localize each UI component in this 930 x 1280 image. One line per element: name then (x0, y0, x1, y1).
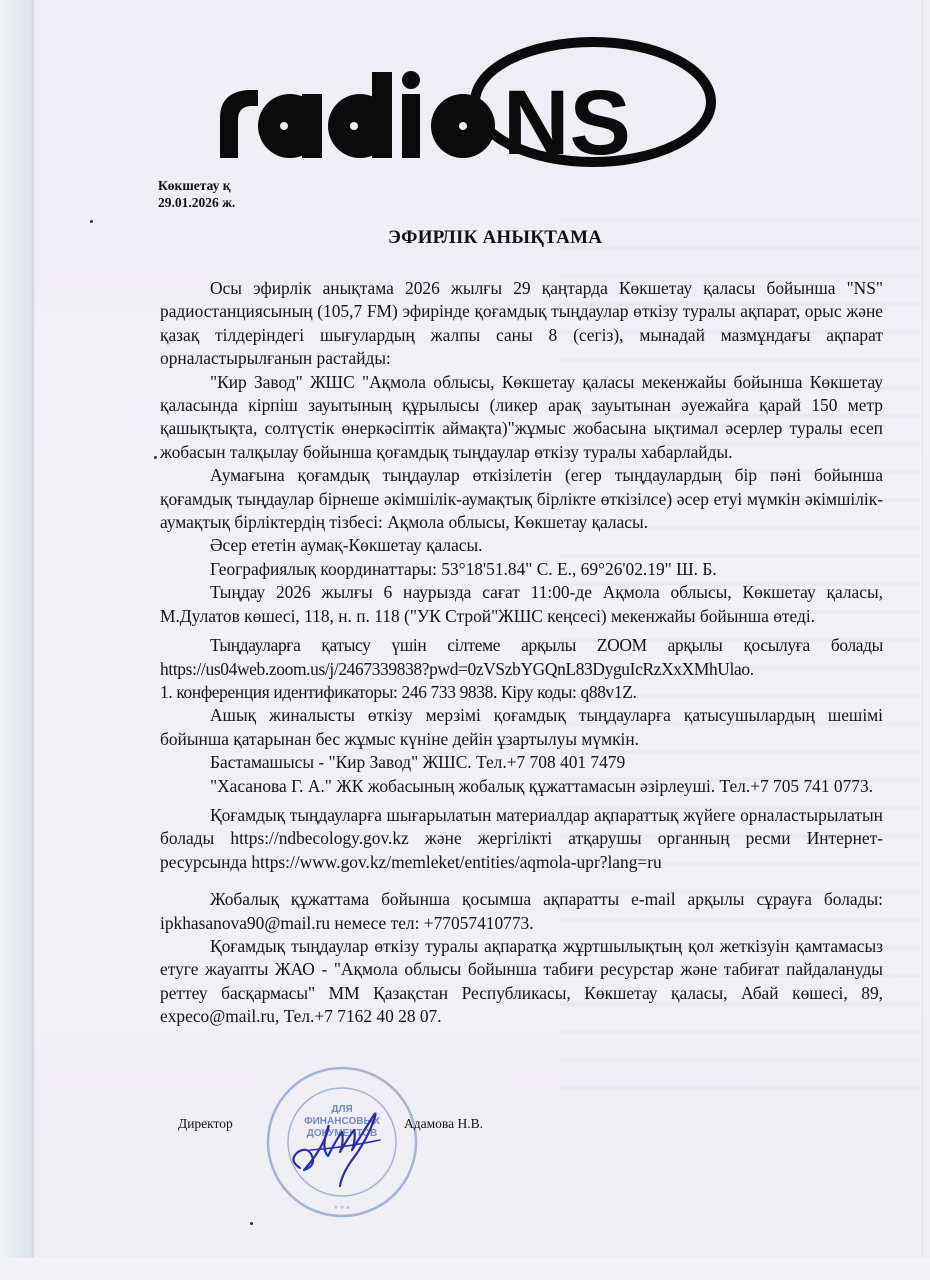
scan-speck (250, 1222, 253, 1225)
document-body: Осы эфирлік анықтама 2026 жылғы 29 қаңта… (160, 277, 883, 1029)
paragraph-developer: "Хасанова Г. А." ЖК жобасының жобалық құ… (160, 775, 883, 798)
radio-ns-logo: NS (218, 30, 718, 170)
paragraph-announcement: "Кир Завод" ЖШС "Ақмола облысы, Көкшетау… (160, 371, 883, 465)
svg-text:NS: NS (503, 72, 631, 170)
signature-scribble-icon (282, 1090, 402, 1190)
paragraph-zoom-link: Тыңдауларға қатысу үшін сілтеме арқылы Z… (160, 634, 883, 681)
signatory-name: Адамова Н.В. (404, 1116, 483, 1132)
paragraph-additional-info: Жобалық құжаттама бойынша қосымша ақпара… (160, 888, 883, 935)
paragraph-extension: Ашық жиналысты өткізу мерзімі қоғамдық т… (160, 704, 883, 751)
paragraph-hearing-time-place: Тыңдау 2026 жылғы 6 наурызда сағат 11:00… (160, 581, 883, 628)
svg-text:* * *: * * * (334, 1204, 350, 1214)
radio-ns-logo-icon: NS (218, 30, 718, 170)
scan-edge-strip (0, 0, 34, 1280)
document-title: ЭФИРЛІК АНЫҚТАМА (388, 227, 602, 249)
signatory-role: Директор (178, 1116, 233, 1132)
document-place: Көкшетау қ (158, 177, 235, 194)
paragraph-initiator: Бастамашысы - "Кир Завод" ЖШС. Тел.+7 70… (160, 751, 883, 774)
paragraph-materials: Қоғамдық тыңдауларға шығарылатын материа… (160, 804, 883, 874)
paragraph-coordinates: Географиялық координаттары: 53°18'51.84"… (160, 558, 883, 581)
paragraph-responsible-body: Қоғамдық тыңдаулар өткізу туралы ақпарат… (160, 935, 883, 1029)
scan-speck (90, 220, 93, 223)
paragraph-impact-area: Әсер ететін аумақ-Көкшетау қаласы. (160, 534, 883, 557)
scanned-document: NS Көкшетау қ 29.01.2026 ж. ЭФИРЛІК АНЫҚ… (0, 0, 930, 1280)
document-date: 29.01.2026 ж. (158, 194, 235, 211)
place-and-date: Көкшетау қ 29.01.2026 ж. (158, 177, 235, 211)
scan-bottom-margin (0, 1258, 930, 1280)
scan-speck (154, 456, 157, 459)
paragraph-conference-id: 1. конференция идентификаторы: 246 733 9… (160, 681, 883, 704)
paragraph-affected-units: Аумағына қоғамдық тыңдаулар өткізілетін … (160, 464, 883, 534)
paragraph-intro: Осы эфирлік анықтама 2026 жылғы 29 қаңта… (160, 277, 883, 371)
handwritten-signature (282, 1090, 402, 1190)
